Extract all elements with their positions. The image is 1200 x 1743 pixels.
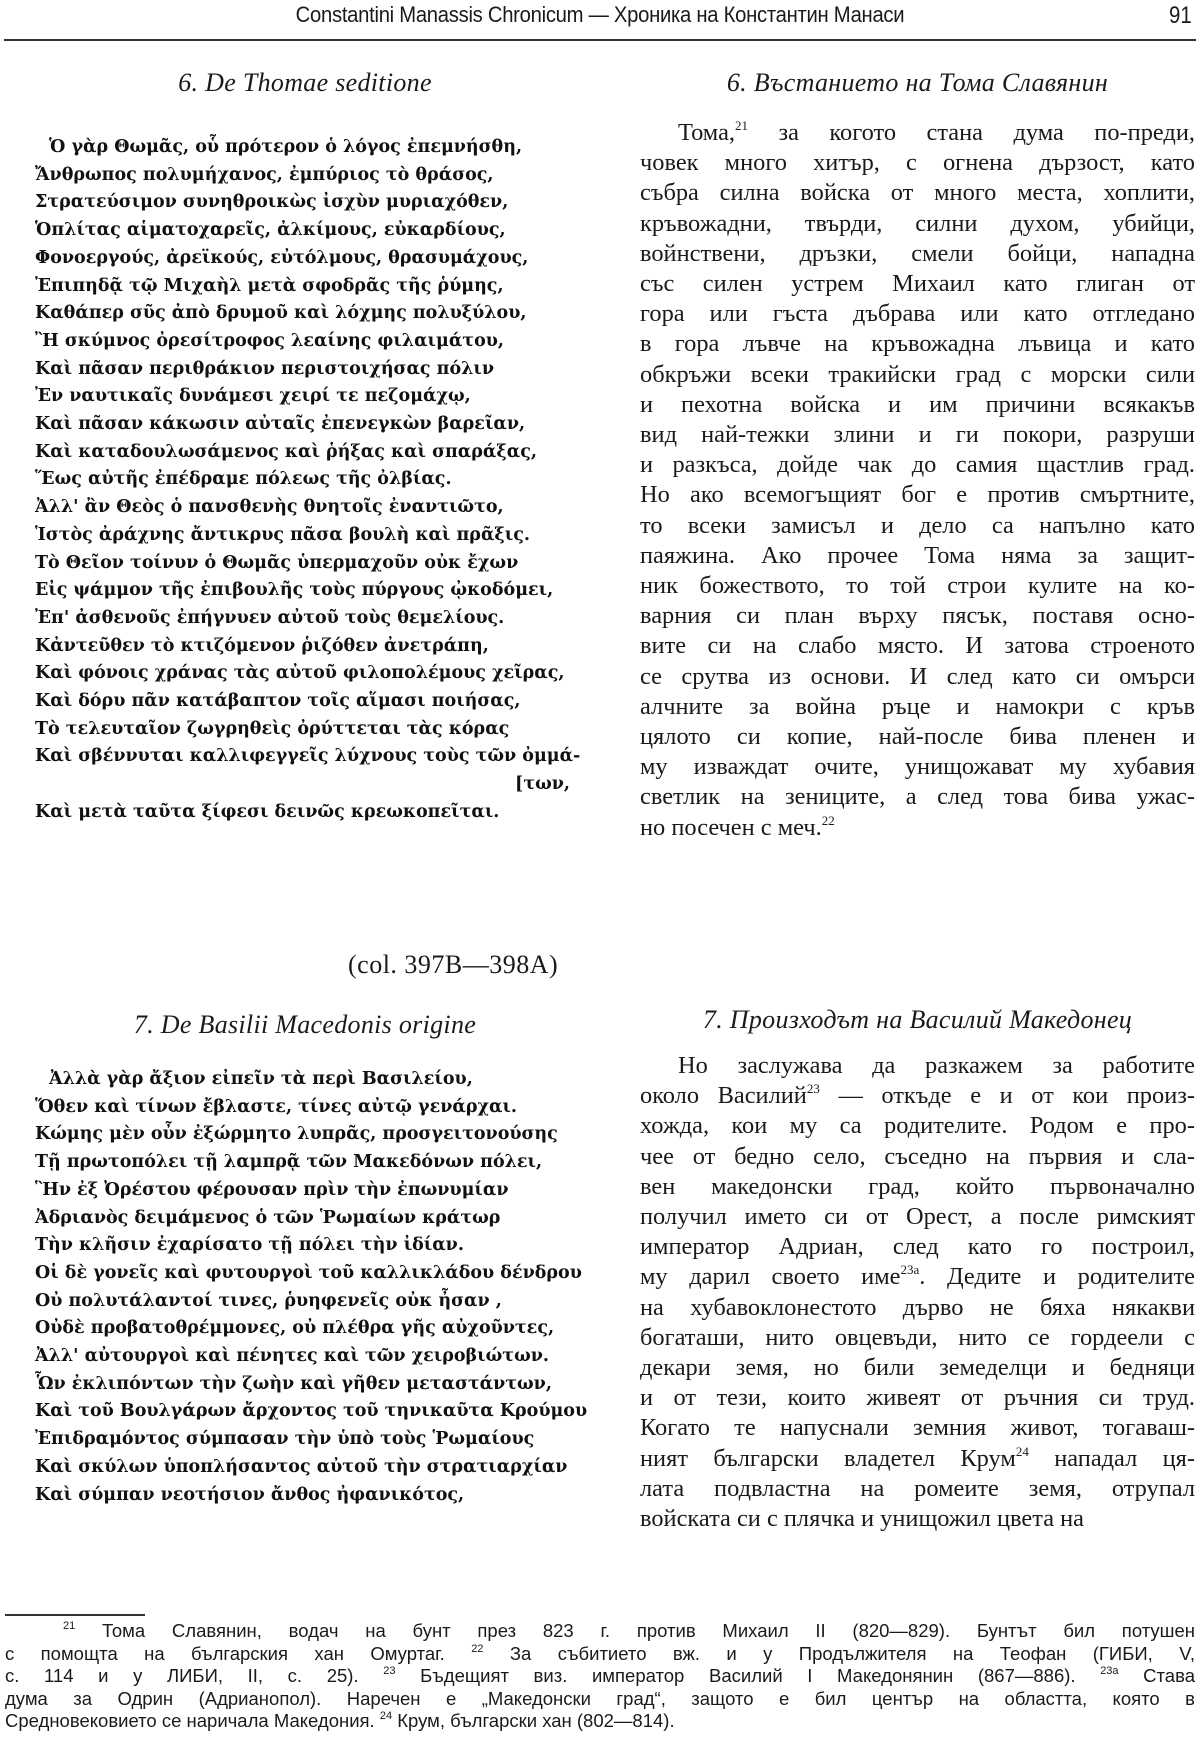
section6-greek-column: 6. De Thomae seditione Ὁ γὰρ Θωμᾶς, οὗ π… [35,68,595,827]
text-line: Но ако всемогъщият бог е против смъртнит… [640,480,1195,510]
text-line: Καὶ μετὰ ταῦτα ξίφεσι δεινῶς κρεωκοπεῖτα… [35,799,595,827]
text-line: Οἱ δὲ γονεῖς καὶ φυτουργοὶ τοῦ καλλικλάδ… [35,1260,595,1288]
text-line: Καὶ δόρυ πᾶν κατάβαπτον τοῖς αἵμασι ποιή… [35,688,595,716]
section7-greek-verse: Ἀλλὰ γὰρ ἄξιον εἰπεῖν τὰ περὶ Βασιλείου,… [35,1066,595,1509]
text-line: Ἀλλὰ γὰρ ἄξιον εἰπεῖν τὰ περὶ Βασιλείου, [35,1066,595,1094]
text-line: Εἰς ψάμμον τῆς ἐπιβουλῆς τοὺς πύργους ᾠκ… [35,577,595,605]
footnote-marker: 23 [383,1665,395,1677]
text-line: Ὧν ἐκλιπόντων τὴν ζωὴν καὶ γῆθεν μεταστά… [35,1371,595,1399]
text-line: около Василий23 — откъде е и от кои прои… [640,1081,1195,1111]
text-line: войската си с плячка и унищожил цвета на [640,1504,1195,1534]
text-line: Οὐ πολυτάλαντοί τινες, ῥυηφενεῖς οὐκ ἦσα… [35,1288,595,1316]
text-line: Ἀλλ' αὐτουργοὶ καὶ πένητες καὶ τῶν χειρο… [35,1343,595,1371]
text-line: Ἢ σκύμνος ὀρεσίτροφος λεαίνης φιλαιμάτου… [35,328,595,356]
text-line: вите си на слабо място. И затова строено… [640,631,1195,661]
text-line: обкръжи всеки тракийски град с морски си… [640,360,1195,390]
text-line: Но заслужава да разкажем за работите [640,1051,1195,1081]
text-line: Ἣν ἐξ Ὀρέστου φέρουσαν πρὶν τὴν ἐπωνυμία… [35,1177,595,1205]
text-line: се срутва из основи. И след като си омър… [640,662,1195,692]
running-header: Constantini Manassis Chronicum — Хроника… [0,0,1200,44]
text-line: със силен устрем Михаил като глиган от [640,269,1195,299]
section7-greek-column: 7. De Basilii Macedonis origine Ἀλλὰ γὰρ… [35,1010,595,1509]
footnote-marker: 23 [807,1081,820,1096]
text-line: Ἀλλ' ἂν Θεὸς ὁ πανσθενὴς θνητοῖς ἐναντιῶ… [35,494,595,522]
footnote-marker: 24 [1016,1444,1029,1459]
text-line: в гора лъвче на кръвожадна лъвица и като [640,329,1195,359]
text-line: Ἐπ' ἀσθενοῦς ἐπήγνυεν αὐτοῦ τοὺς θεμελίο… [35,605,595,633]
text-line: Ἐπιπηδᾷ τῷ Μιχαὴλ μετὰ σφοδρᾶς τῆς ῥύμης… [35,273,595,301]
text-line: Ὅθεν καὶ τίνων ἔβλαστε, τίνες αὐτῷ γενάρ… [35,1094,595,1122]
text-line: събра силна войска от много места, хопли… [640,178,1195,208]
text-line: ник божеството, то той строи кулите на к… [640,571,1195,601]
footnote-marker: 23а [1100,1665,1118,1677]
text-line: Καὶ σβέννυται καλλιφεγγεῖς λύχνους τοὺς … [35,743,595,771]
text-line: Τὸ τελευταῖον ζωγρηθεὶς ὀρύττεται τὰς κό… [35,716,595,744]
text-line: с помощта на българския хан Омуртаг. 22 … [5,1643,1195,1666]
footnote-marker: 22 [471,1643,483,1655]
text-line: вен македонски град, който първоначално [640,1172,1195,1202]
text-line: император Адриан, след като го построил, [640,1232,1195,1262]
text-line: с. 114 и у ЛИБИ, II, с. 25). 23 Бъдещият… [5,1665,1195,1688]
text-line: чее от бедно село, съседно на първия и с… [640,1142,1195,1172]
page-number: 91 [1169,2,1192,30]
footnote-marker: 21 [735,118,748,133]
text-line: цялото си копие, най-после бива пленен и [640,722,1195,752]
text-line: Ἐν ναυτικαῖς δυνάμεσι χειρί τε πεζομάχῳ, [35,383,595,411]
text-line: Тома,21 за когото стана дума по-преди, [640,118,1195,148]
text-line: и пехотна войска и им причини всякакъв [640,390,1195,420]
section7-latin-title: 7. De Basilii Macedonis origine [15,1010,595,1040]
text-line: Καὶ σύμπαν νεοτήσιον ἄνθος ἠφανικότος, [35,1482,595,1510]
text-line: светлик на зениците, а след това бива уж… [640,782,1195,812]
text-line: Καὶ σκύλων ὑποπλήσαντος αὐτοῦ τὴν στρατι… [35,1454,595,1482]
text-line: и разкъса, дойде чак до самия щастлив гр… [640,450,1195,480]
section6-bulgarian-column: 6. Въстанието на Тома Славянин Тома,21 з… [640,68,1195,843]
text-line: и от тези, които живеят от ръчния си тру… [640,1383,1195,1413]
text-line: Καὶ καταδουλωσάμενος καὶ ῥήξας καὶ σπαρά… [35,439,595,467]
footnote-marker: 24 [380,1710,392,1722]
text-line: Κἀντεῦθεν τὸ κτιζόμενον ῥιζόθεν ἀνετράπη… [35,633,595,661]
text-line: Когато те напуснали земния живот, тогава… [640,1413,1195,1443]
text-line: Ἕως αὐτῆς ἐπέδραμε πόλεως τῆς ὀλβίας. [35,466,595,494]
text-line: декари земя, но били земеделци и бедняци [640,1353,1195,1383]
text-line: получил името си от Орест, а после римск… [640,1202,1195,1232]
text-line: Ἐπιδραμόντος σύμπασαν τὴν ὑπὸ τοὺς Ῥωμαί… [35,1426,595,1454]
text-line: Τὸ Θεῖον τοίνυν ὁ Θωμᾶς ὑπερμαχοῦν οὐκ ἔ… [35,550,595,578]
header-rule [4,39,1196,41]
footnote-marker: 22 [822,813,835,828]
text-line: човек много хитър, с огнена дързост, кат… [640,148,1195,178]
section7-bulgarian-text: Но заслужава да разкажем за работитеокол… [640,1051,1195,1534]
text-line: му дарил своето име23а. Дедите и родител… [640,1262,1195,1292]
text-line: Средновековието се наричала Македония. 2… [5,1710,1195,1733]
text-line: кръвожадни, твърди, силни духом, убийци, [640,209,1195,239]
text-line: варния си план върху пясък, поставя осно… [640,601,1195,631]
text-line: гора или гъста дъбрава или като отгледан… [640,299,1195,329]
text-line: хожда, кои му са родителите. Родом е про… [640,1111,1195,1141]
text-line: на хубавоклонестото дърво не бяха някакв… [640,1293,1195,1323]
text-line: Φονοεργούς, ἀρεϊκούς, εὐτόλμους, θρασυμά… [35,245,595,273]
text-line: богаташи, нито овцевъди, нито се гордеел… [640,1323,1195,1353]
text-line: но посечен с меч.22 [640,813,1195,843]
text-line: Καθάπερ σῦς ἀπὸ δρυμοῦ καὶ λόχμης πολυξύ… [35,300,595,328]
section7-bulgarian-column: 7. Произходът на Василий Македонец Но за… [640,1005,1195,1534]
text-line: Τῇ πρωτοπόλει τῇ λαμπρᾷ τῶν Μακεδόνων πό… [35,1149,595,1177]
text-line: алчните за война ръце и намокри с кръв [640,692,1195,722]
text-line: Ὁ γὰρ Θωμᾶς, οὗ πρότερον ὁ λόγος ἐπεμνήσ… [35,134,595,162]
book-page: Constantini Manassis Chronicum — Хроника… [0,0,1200,1743]
section6-greek-verse: Ὁ γὰρ Θωμᾶς, οὗ πρότερον ὁ λόγος ἐπεμνήσ… [35,134,595,827]
footnote-marker: 23а [900,1262,919,1277]
text-line: [των, [35,771,595,799]
text-line: Ἀδριανὸς δειμάμενος ὁ τῶν Ῥωμαίων κράτωρ [35,1205,595,1233]
footnote-marker: 21 [63,1620,75,1632]
text-line: Καὶ πᾶσαν περιθράκιον περιστοιχήσας πόλι… [35,356,595,384]
footnotes: 21 Тома Славянин, водач на бунт през 823… [5,1620,1195,1733]
text-line: Κώμης μὲν οὖν ἐξώρμητο λυπρᾶς, προσγειτο… [35,1121,595,1149]
running-title: Constantini Manassis Chronicum — Хроника… [48,2,1152,28]
text-line: Ὁπλίτας αἱματοχαρεῖς, ἀλκίμους, εὐκαρδίο… [35,217,595,245]
section7-bulgarian-title: 7. Произходът на Василий Македонец [640,1005,1195,1035]
section6-latin-title: 6. De Thomae seditione [15,68,595,98]
text-line: Οὐδὲ προβατοθρέμμονες, οὐ πλέθρα γῆς αὐχ… [35,1315,595,1343]
text-line: вид най-тежки злини и ги покори, разруши [640,420,1195,450]
text-line: дума за Одрин (Адрианопол). Наречен е „М… [5,1688,1195,1711]
text-line: Καὶ πᾶσαν κάκωσιν αὐταῖς ἐπενεγκὼν βαρεῖ… [35,411,595,439]
section6-bulgarian-text: Тома,21 за когото стана дума по-преди,чо… [640,118,1195,843]
column-reference: (col. 397B—398A) [348,950,558,980]
text-line: ният български владетел Крум24 нападал ц… [640,1444,1195,1474]
footnote-rule [5,1614,145,1616]
text-line: Τὴν κλῆσιν ἐχαρίσατο τῇ πόλει τὴν ἰδίαν. [35,1232,595,1260]
section6-bulgarian-title: 6. Въстанието на Тома Славянин [640,68,1195,98]
text-line: Καὶ τοῦ Βουλγάρων ἄρχοντος τοῦ τηνικαῦτα… [35,1398,595,1426]
text-line: Καὶ φόνοις χράνας τὰς αὐτοῦ φιλοπολέμους… [35,660,595,688]
text-line: то всеки замисъл и дело са напълно като [640,511,1195,541]
text-line: лата подвластна на ромеите земя, отрупал [640,1474,1195,1504]
text-line: Ἄνθρωπος πολυμήχανος, ἐμπύριος τὸ θράσος… [35,162,595,190]
text-line: войнствени, дръзки, смели бойци, нападна [640,239,1195,269]
text-line: му изваждат очите, унищожават му хубавия [640,752,1195,782]
text-line: Στρατεύσιμον συνηθροικὼς ἰσχὺν μυριαχόθε… [35,189,595,217]
text-line: паяжина. Ако прочее Тома няма за защит- [640,541,1195,571]
text-line: 21 Тома Славянин, водач на бунт през 823… [5,1620,1195,1643]
text-line: Ἱστὸς ἀράχνης ἄντικρυς πᾶσα βουλὴ καὶ πρ… [35,522,595,550]
